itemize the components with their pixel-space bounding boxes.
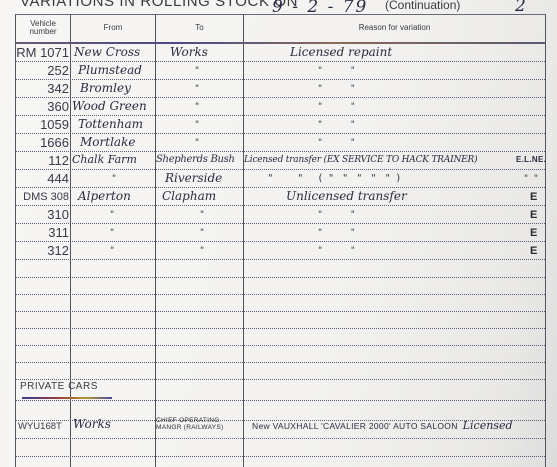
to-destination: Shepherds Bush (156, 151, 235, 169)
row-rule (15, 311, 545, 312)
reason: " " (318, 98, 355, 116)
vehicle-number: 1666 (16, 134, 69, 152)
from-depot: Bromley (80, 79, 131, 97)
form-sheet: VARIATIONS IN ROLLING STOCK ON 9 - 2 - 7… (0, 0, 557, 467)
vehicle-number: WYU168T (16, 418, 71, 436)
vehicle-number: 312 (16, 242, 69, 260)
vehicle-number: 311 (16, 224, 69, 242)
row-rule (15, 400, 545, 401)
table-right-border (545, 14, 546, 467)
continuation-label: (Continuation) (385, 0, 460, 12)
variation-mark: E (530, 224, 537, 242)
reason: " " (318, 242, 355, 260)
section-underline (22, 397, 112, 399)
vehicle-number: 310 (16, 206, 69, 224)
to-destination: " (195, 116, 199, 134)
reason: " " (318, 224, 355, 242)
row-rule (15, 241, 545, 242)
reason: New VAUXHALL 'CAVALIER 2000' AUTO SALOON… (252, 415, 513, 433)
to-destination: Riverside (165, 169, 222, 187)
column-header-from: From (71, 14, 155, 42)
column-header-to: To (156, 14, 243, 42)
vehicle-number: 342 (16, 80, 69, 98)
reason-tail: Licensed (463, 419, 513, 432)
variation-mark: E (530, 206, 537, 224)
row-rule (15, 438, 545, 439)
variation-mark: " " (524, 170, 538, 188)
vehicle-number: 444 (16, 170, 69, 188)
reason: " " (318, 116, 355, 134)
row-rule (15, 277, 545, 278)
to-destination: CHIEF OPERATING MANGR (RAILWAYS) (156, 417, 243, 431)
reason: " " (318, 62, 355, 80)
column-header-vehicle-line2: number (29, 28, 56, 36)
row-rule (15, 205, 545, 206)
vehicle-number: 1059 (16, 116, 69, 134)
row-rule (15, 362, 545, 363)
column-header-reason: Reason for variation (244, 14, 545, 42)
from-depot: " (110, 242, 114, 260)
reason: " " (318, 134, 355, 152)
to-destination: " (195, 134, 199, 152)
from-depot: Alperton (78, 187, 131, 205)
row-rule (15, 328, 545, 329)
row-rule (15, 456, 545, 457)
vehicle-number: 252 (16, 62, 69, 80)
reason: " " (318, 206, 355, 224)
to-destination: Works (170, 43, 208, 61)
to-destination: " (195, 98, 199, 116)
to-destination: Clapham (162, 187, 216, 205)
from-depot: Wood Green (72, 97, 147, 115)
vehicle-number: RM 1071 (16, 44, 69, 62)
variation-mark: E (530, 242, 537, 260)
from-depot: Mortlake (80, 133, 135, 151)
from-depot: New Cross (74, 43, 140, 61)
from-depot: " (112, 170, 116, 188)
to-destination: " (200, 242, 204, 260)
column-header-vehicle: Vehicle number (16, 14, 70, 42)
section-label-private-cars: PRIVATE CARS (20, 381, 98, 392)
reason: Licensed transfer (EX SERVICE TO HACK TR… (244, 151, 477, 169)
from-depot: " (110, 206, 114, 224)
variation-mark: E.L.NE. (516, 151, 546, 169)
reason: " " (318, 80, 355, 98)
from-depot: Tottenham (78, 115, 143, 133)
from-depot: " (110, 224, 114, 242)
from-depot: Plumstead (78, 61, 142, 79)
from-depot: Chalk Farm (72, 151, 137, 169)
reason: Licensed repaint (290, 43, 392, 61)
row-rule (15, 294, 545, 295)
row-rule (15, 223, 545, 224)
to-destination: " (195, 62, 199, 80)
reason-text: New VAUXHALL 'CAVALIER 2000' AUTO SALOON (252, 421, 458, 431)
vehicle-number: 360 (16, 98, 69, 116)
to-destination: " (200, 206, 204, 224)
vehicle-number: 112 (16, 152, 69, 170)
from-depot: Works (73, 415, 111, 433)
reason: " " ( " " " " " ) (268, 170, 400, 188)
to-line-2: MANGR (RAILWAYS) (156, 424, 243, 431)
row-rule (15, 259, 545, 260)
to-destination: " (200, 224, 204, 242)
form-title: VARIATIONS IN ROLLING STOCK ON (20, 0, 298, 10)
variation-mark: E (530, 188, 537, 206)
to-destination: " (195, 80, 199, 98)
vehicle-number: DMS 308 (16, 188, 69, 206)
reason: Unlicensed transfer (286, 187, 407, 205)
row-rule (15, 379, 545, 380)
row-rule (15, 345, 545, 346)
to-line-1: CHIEF OPERATING (156, 417, 243, 424)
